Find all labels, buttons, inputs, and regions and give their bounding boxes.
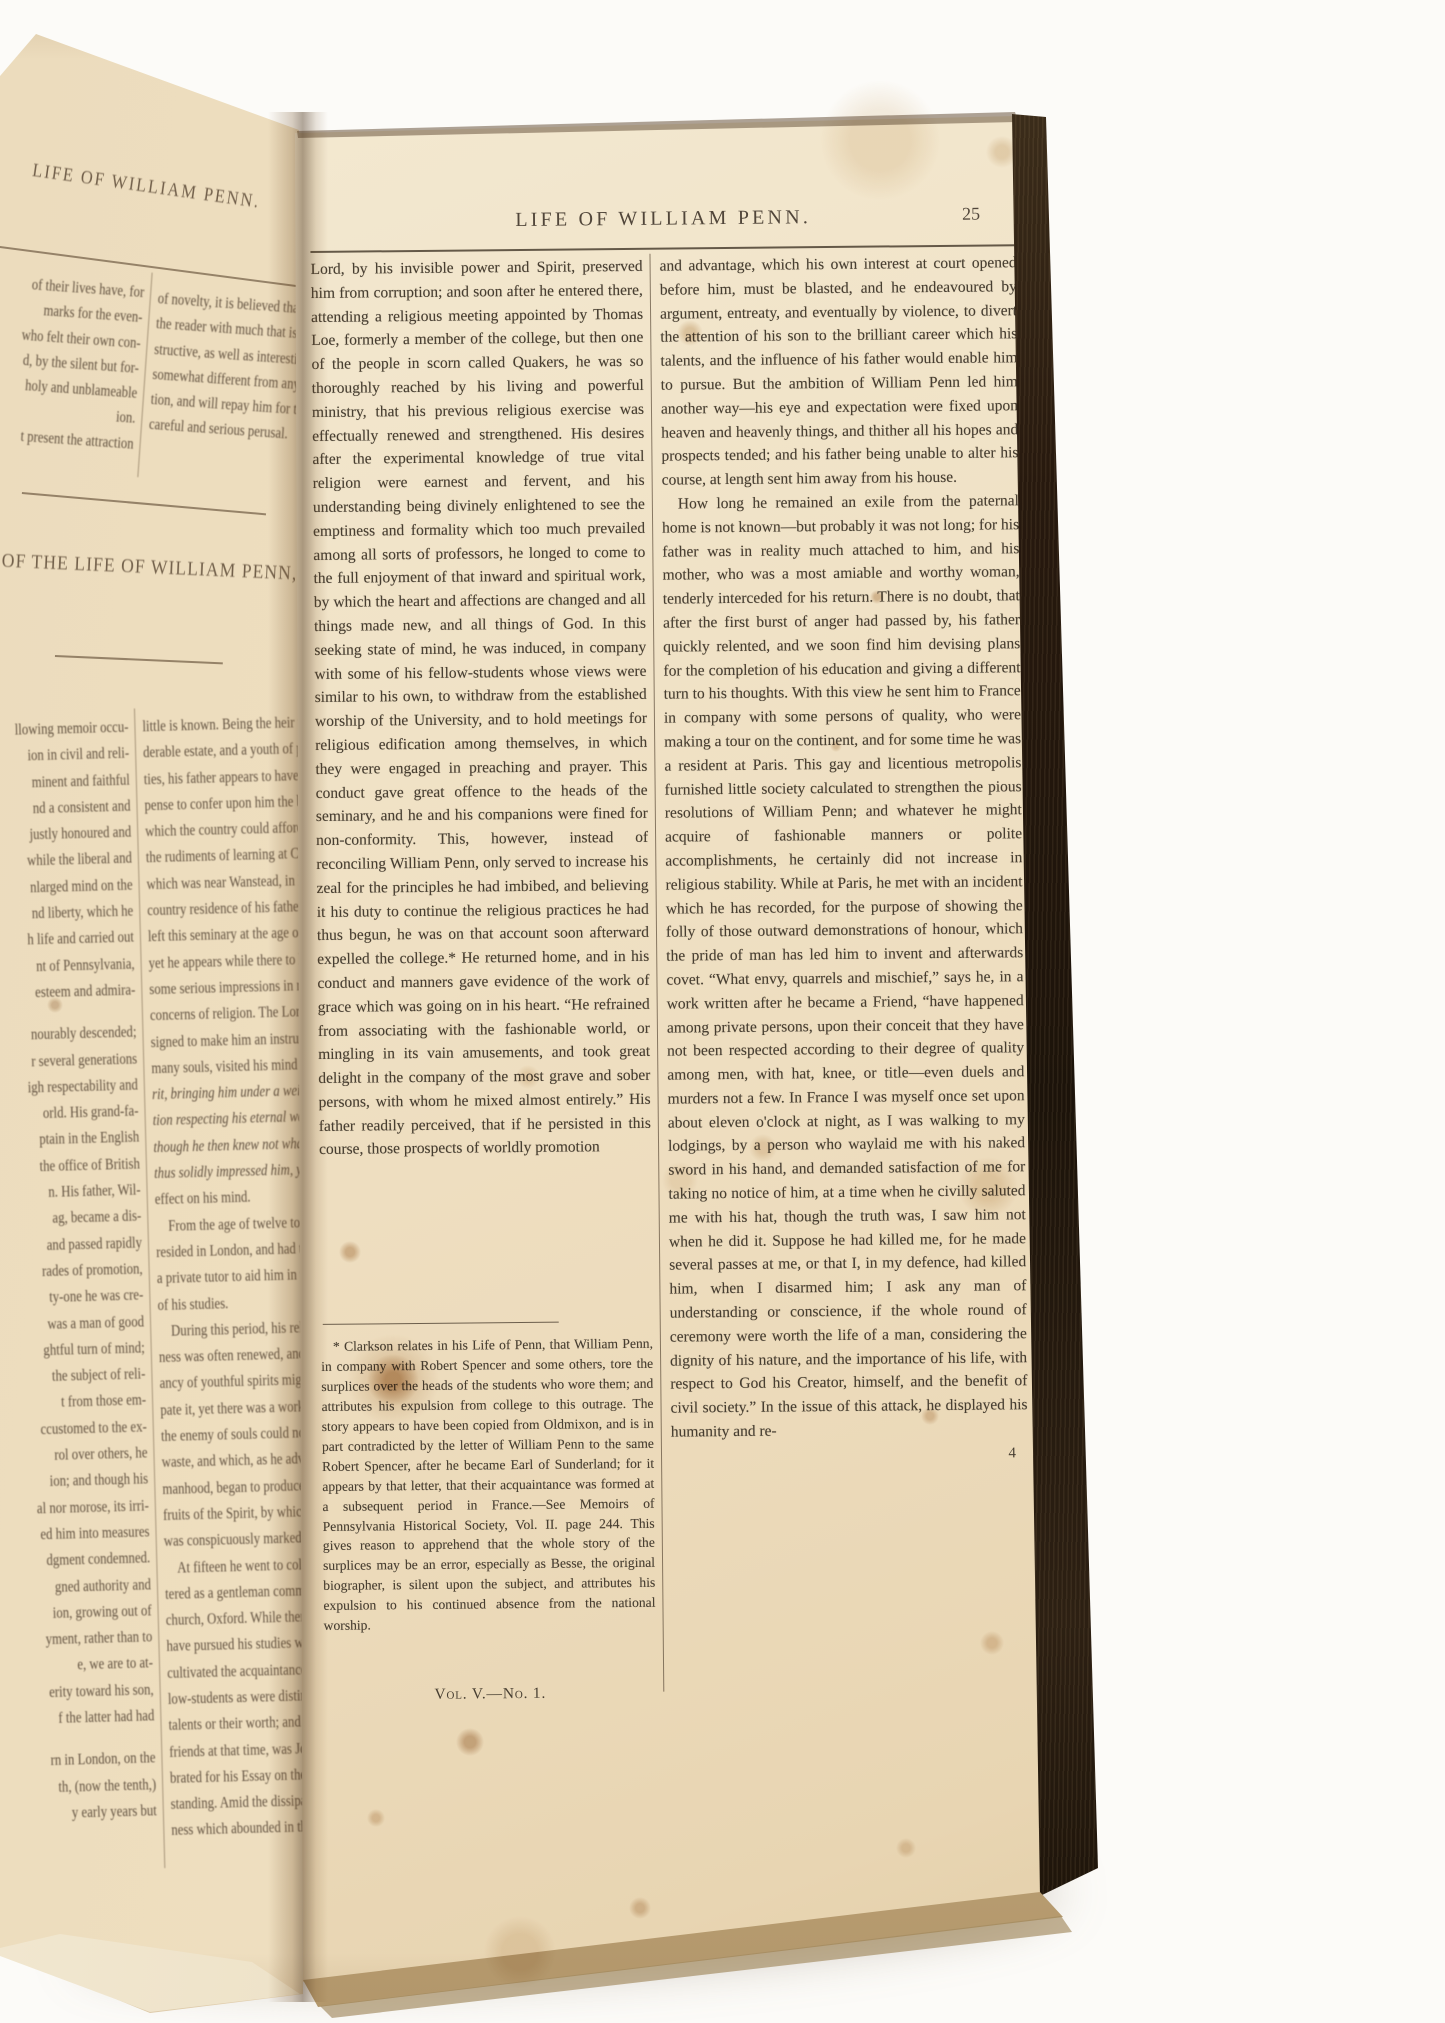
gutter-shadow	[268, 112, 328, 2002]
footnote-text: * Clarkson relates in his Life of Penn, …	[321, 1334, 656, 1679]
left-main-left-column: llowing memoir occu-ion in civil and rel…	[0, 715, 157, 1830]
right-running-header: LIFE OF WILLIAM PENN.	[310, 204, 1016, 234]
footnote-rule	[323, 1322, 559, 1326]
book-photo: LIFE OF WILLIAM PENN. of their lives hav…	[0, 0, 1445, 2023]
left-column-body-text: Lord, by his invisible power and Spirit,…	[311, 255, 653, 1308]
left-page-text-line: y early years but	[0, 1798, 157, 1829]
right-column-paragraph-2: How long he remained an exile from the p…	[662, 489, 1028, 1444]
left-section-rule-top	[22, 492, 266, 515]
right-column-paragraph-1: and advantage, which his own interest at…	[659, 251, 1018, 492]
volume-number-line: Vol. V.—No. 1.	[324, 1684, 656, 1705]
signature-mark: 4	[671, 1445, 1028, 1465]
page-number: 25	[962, 204, 980, 225]
left-section-heading: S OF THE LIFE OF WILLIAM PENN,	[0, 549, 298, 586]
right-page-right-column: and advantage, which his own interest at…	[659, 251, 1028, 1465]
left-section-rule-bottom	[55, 655, 223, 664]
left-page-text-line: f the latter had had	[0, 1703, 155, 1734]
right-page-content: LIFE OF WILLIAM PENN. 25 Lord, by his in…	[310, 198, 1031, 1805]
right-page-left-column: Lord, by his invisible power and Spirit,…	[311, 255, 657, 1706]
left-top-left-column: of their lives have, formarks for the ev…	[0, 267, 145, 457]
left-running-header: LIFE OF WILLIAM PENN.	[31, 160, 262, 214]
